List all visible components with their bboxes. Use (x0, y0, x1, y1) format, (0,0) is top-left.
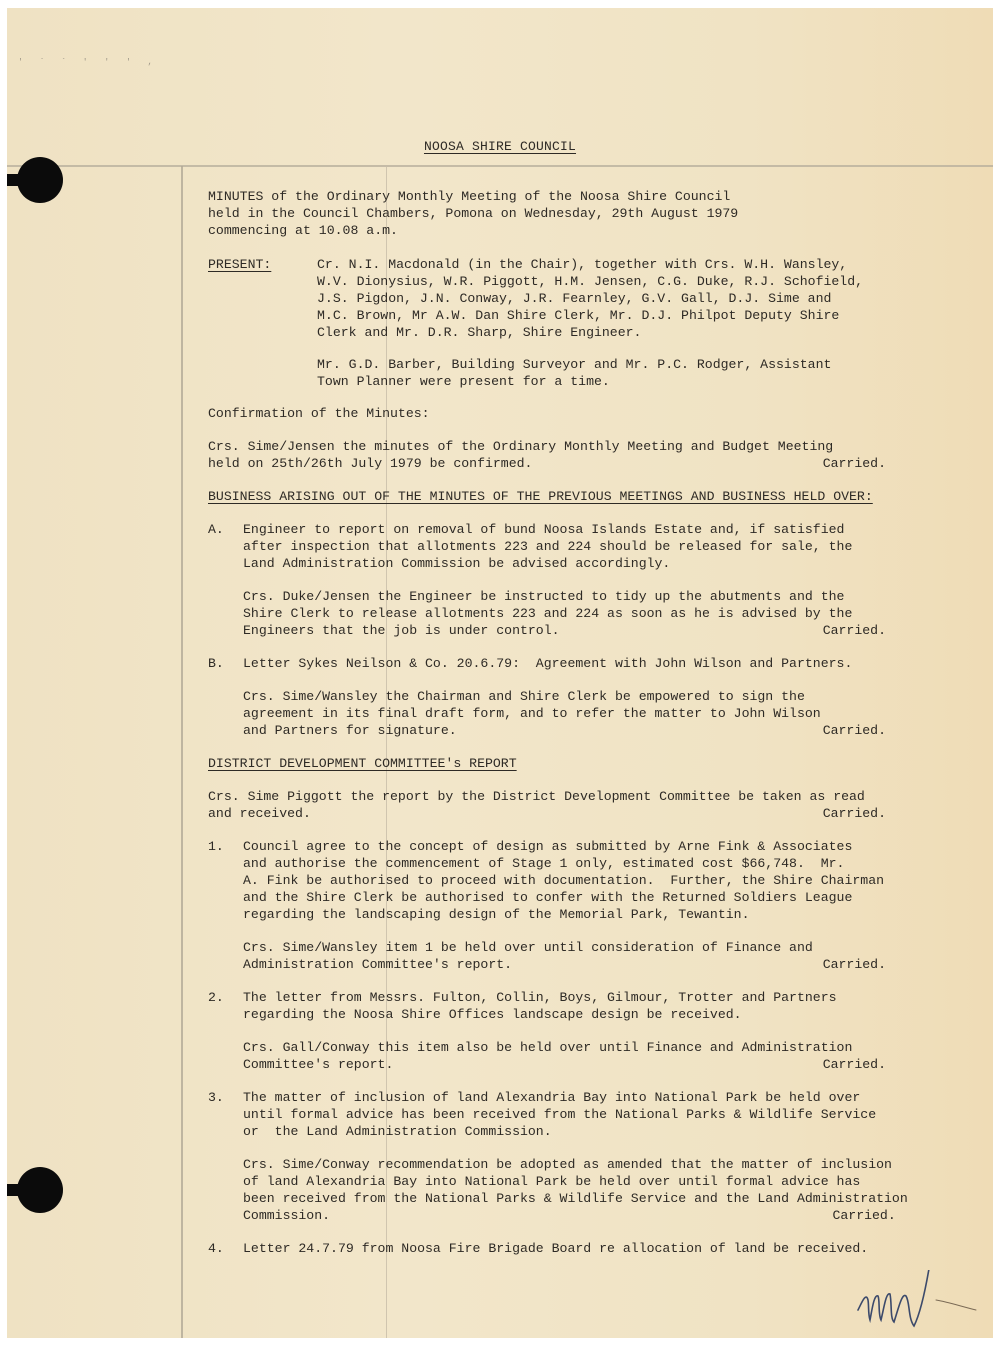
carried-label: Carried. (823, 956, 898, 973)
development-item-4: 4. Letter 24.7.79 from Noosa Fire Brigad… (208, 1240, 898, 1257)
resolution-line: Crs. Sime/Wansley item 1 be held over un… (243, 939, 898, 956)
development-item-2: 2. The letter from Messrs. Fulton, Colli… (208, 989, 898, 1073)
resolution-line: Crs. Sime/Wansley the Chairman and Shire… (243, 688, 898, 705)
punch-hole-top (17, 157, 63, 203)
present-list: Cr. N.I. Macdonald (in the Chair), toget… (317, 256, 898, 390)
confirmation-line: Crs. Sime/Jensen the minutes of the Ordi… (208, 438, 898, 455)
punch-hole-bottom (17, 1167, 63, 1213)
item-marker: 4. (208, 1240, 243, 1257)
minutes-body: MINUTES of the Ordinary Monthly Meeting … (208, 188, 898, 1257)
confirmation-section: Confirmation of the Minutes: Crs. Sime/J… (208, 405, 898, 472)
item-marker: 1. (208, 838, 243, 973)
present-line: J.S. Pigdon, J.N. Conway, J.R. Fearnley,… (317, 290, 898, 307)
resolution-line: Crs. Duke/Jensen the Engineer be instruc… (243, 588, 898, 605)
item-line: and the Shire Clerk be authorised to con… (243, 889, 898, 906)
item-marker: A. (208, 521, 243, 639)
item-line: regarding the landscaping design of the … (243, 906, 898, 923)
resolution-line: Commission. (243, 1207, 330, 1224)
intro-paragraph: MINUTES of the Ordinary Monthly Meeting … (208, 188, 898, 239)
resolution-last-line: Engineers that the job is under control.… (243, 622, 898, 639)
resolution-last-line: and Partners for signature. Carried. (243, 722, 898, 739)
item-line: Letter 24.7.79 from Noosa Fire Brigade B… (243, 1240, 898, 1257)
carried-label: Carried. (823, 455, 898, 472)
item-line: Letter Sykes Neilson & Co. 20.6.79: Agre… (243, 655, 898, 672)
resolution-line: Crs. Sime/Conway recommendation be adopt… (243, 1156, 908, 1173)
item-marker: 2. (208, 989, 243, 1073)
left-margin-rule (181, 166, 183, 1338)
development-item-3: 3. The matter of inclusion of land Alexa… (208, 1089, 898, 1224)
carried-label: Carried. (823, 622, 898, 639)
item-line: The letter from Messrs. Fulton, Collin, … (243, 989, 898, 1006)
present-line: M.C. Brown, Mr A.W. Dan Shire Clerk, Mr.… (317, 307, 898, 324)
resolution-line: Engineers that the job is under control. (243, 622, 560, 639)
confirmation-heading: Confirmation of the Minutes: (208, 405, 898, 422)
item-line: regarding the Noosa Shire Offices landsc… (243, 1006, 898, 1023)
business-item-b: B. Letter Sykes Neilson & Co. 20.6.79: A… (208, 655, 898, 739)
item-line: until formal advice has been received fr… (243, 1106, 908, 1123)
present-label-text: PRESENT: (208, 257, 271, 272)
development-item-1: 1. Council agree to the concept of desig… (208, 838, 898, 973)
confirmation-last-line: held on 25th/26th July 1979 be confirmed… (208, 455, 898, 472)
item-line: and authorise the commencement of Stage … (243, 855, 898, 872)
business-arising-section: BUSINESS ARISING OUT OF THE MINUTES OF T… (208, 488, 898, 739)
carried-label: Carried. (823, 805, 898, 822)
resolution-last-line: Administration Committee's report. Carri… (243, 956, 898, 973)
business-item-a: A. Engineer to report on removal of bund… (208, 521, 898, 639)
present-line: Cr. N.I. Macdonald (in the Chair), toget… (317, 256, 898, 273)
resolution-last-line: Committee's report. Carried. (243, 1056, 898, 1073)
item-line: after inspection that allotments 223 and… (243, 538, 898, 555)
resolution-line: Administration Committee's report. (243, 956, 512, 973)
confirmation-line: held on 25th/26th July 1979 be confirmed… (208, 455, 532, 472)
intro-line: MINUTES of the Ordinary Monthly Meeting … (208, 188, 898, 205)
carried-label: Carried. (832, 1207, 907, 1224)
resolution-line: Crs. Gall/Conway this item also be held … (243, 1039, 898, 1056)
present-also-line: Mr. G.D. Barber, Building Surveyor and M… (317, 356, 898, 373)
item-marker: 3. (208, 1089, 243, 1224)
present-label: PRESENT: (208, 256, 317, 390)
item-line: The matter of inclusion of land Alexandr… (243, 1089, 908, 1106)
reception-line: and received. (208, 805, 311, 822)
item-line: Engineer to report on removal of bund No… (243, 521, 898, 538)
reception-line: Crs. Sime Piggott the report by the Dist… (208, 788, 898, 805)
resolution-line: Committee's report. (243, 1056, 393, 1073)
margin-smudge: ' ` ` ' ' ' , (18, 58, 158, 67)
carried-label: Carried. (823, 722, 898, 739)
business-arising-heading: BUSINESS ARISING OUT OF THE MINUTES OF T… (208, 488, 898, 505)
handwritten-initials-signature (848, 1270, 988, 1330)
present-section: PRESENT: Cr. N.I. Macdonald (in the Chai… (208, 256, 898, 390)
present-line: W.V. Dionysius, W.R. Piggott, H.M. Jense… (317, 273, 898, 290)
district-development-section: DISTRICT DEVELOPMENT COMMITTEE's REPORT … (208, 755, 898, 1257)
item-line: Land Administration Commission be advise… (243, 555, 898, 572)
item-line: or the Land Administration Commission. (243, 1123, 908, 1140)
intro-line: commencing at 10.08 a.m. (208, 222, 898, 239)
heading-text: NOOSA SHIRE COUNCIL (424, 139, 576, 154)
resolution-line: Shire Clerk to release allotments 223 an… (243, 605, 898, 622)
reception-last-line: and received. Carried. (208, 805, 898, 822)
present-line: Clerk and Mr. D.R. Sharp, Shire Engineer… (317, 324, 898, 341)
resolution-line: and Partners for signature. (243, 722, 457, 739)
header-rule (7, 165, 993, 167)
resolution-line: agreement in its final draft form, and t… (243, 705, 898, 722)
resolution-last-line: Commission. Carried. (243, 1207, 908, 1224)
item-line: A. Fink be authorised to proceed with do… (243, 872, 898, 889)
resolution-line: of land Alexandria Bay into National Par… (243, 1173, 908, 1190)
item-line: Council agree to the concept of design a… (243, 838, 898, 855)
intro-line: held in the Council Chambers, Pomona on … (208, 205, 898, 222)
carried-label: Carried. (823, 1056, 898, 1073)
document-heading: NOOSA SHIRE COUNCIL (0, 139, 1000, 154)
resolution-line: been received from the National Parks & … (243, 1190, 908, 1207)
district-development-heading: DISTRICT DEVELOPMENT COMMITTEE's REPORT (208, 756, 517, 771)
present-also-line: Town Planner were present for a time. (317, 373, 898, 390)
item-marker: B. (208, 655, 243, 739)
